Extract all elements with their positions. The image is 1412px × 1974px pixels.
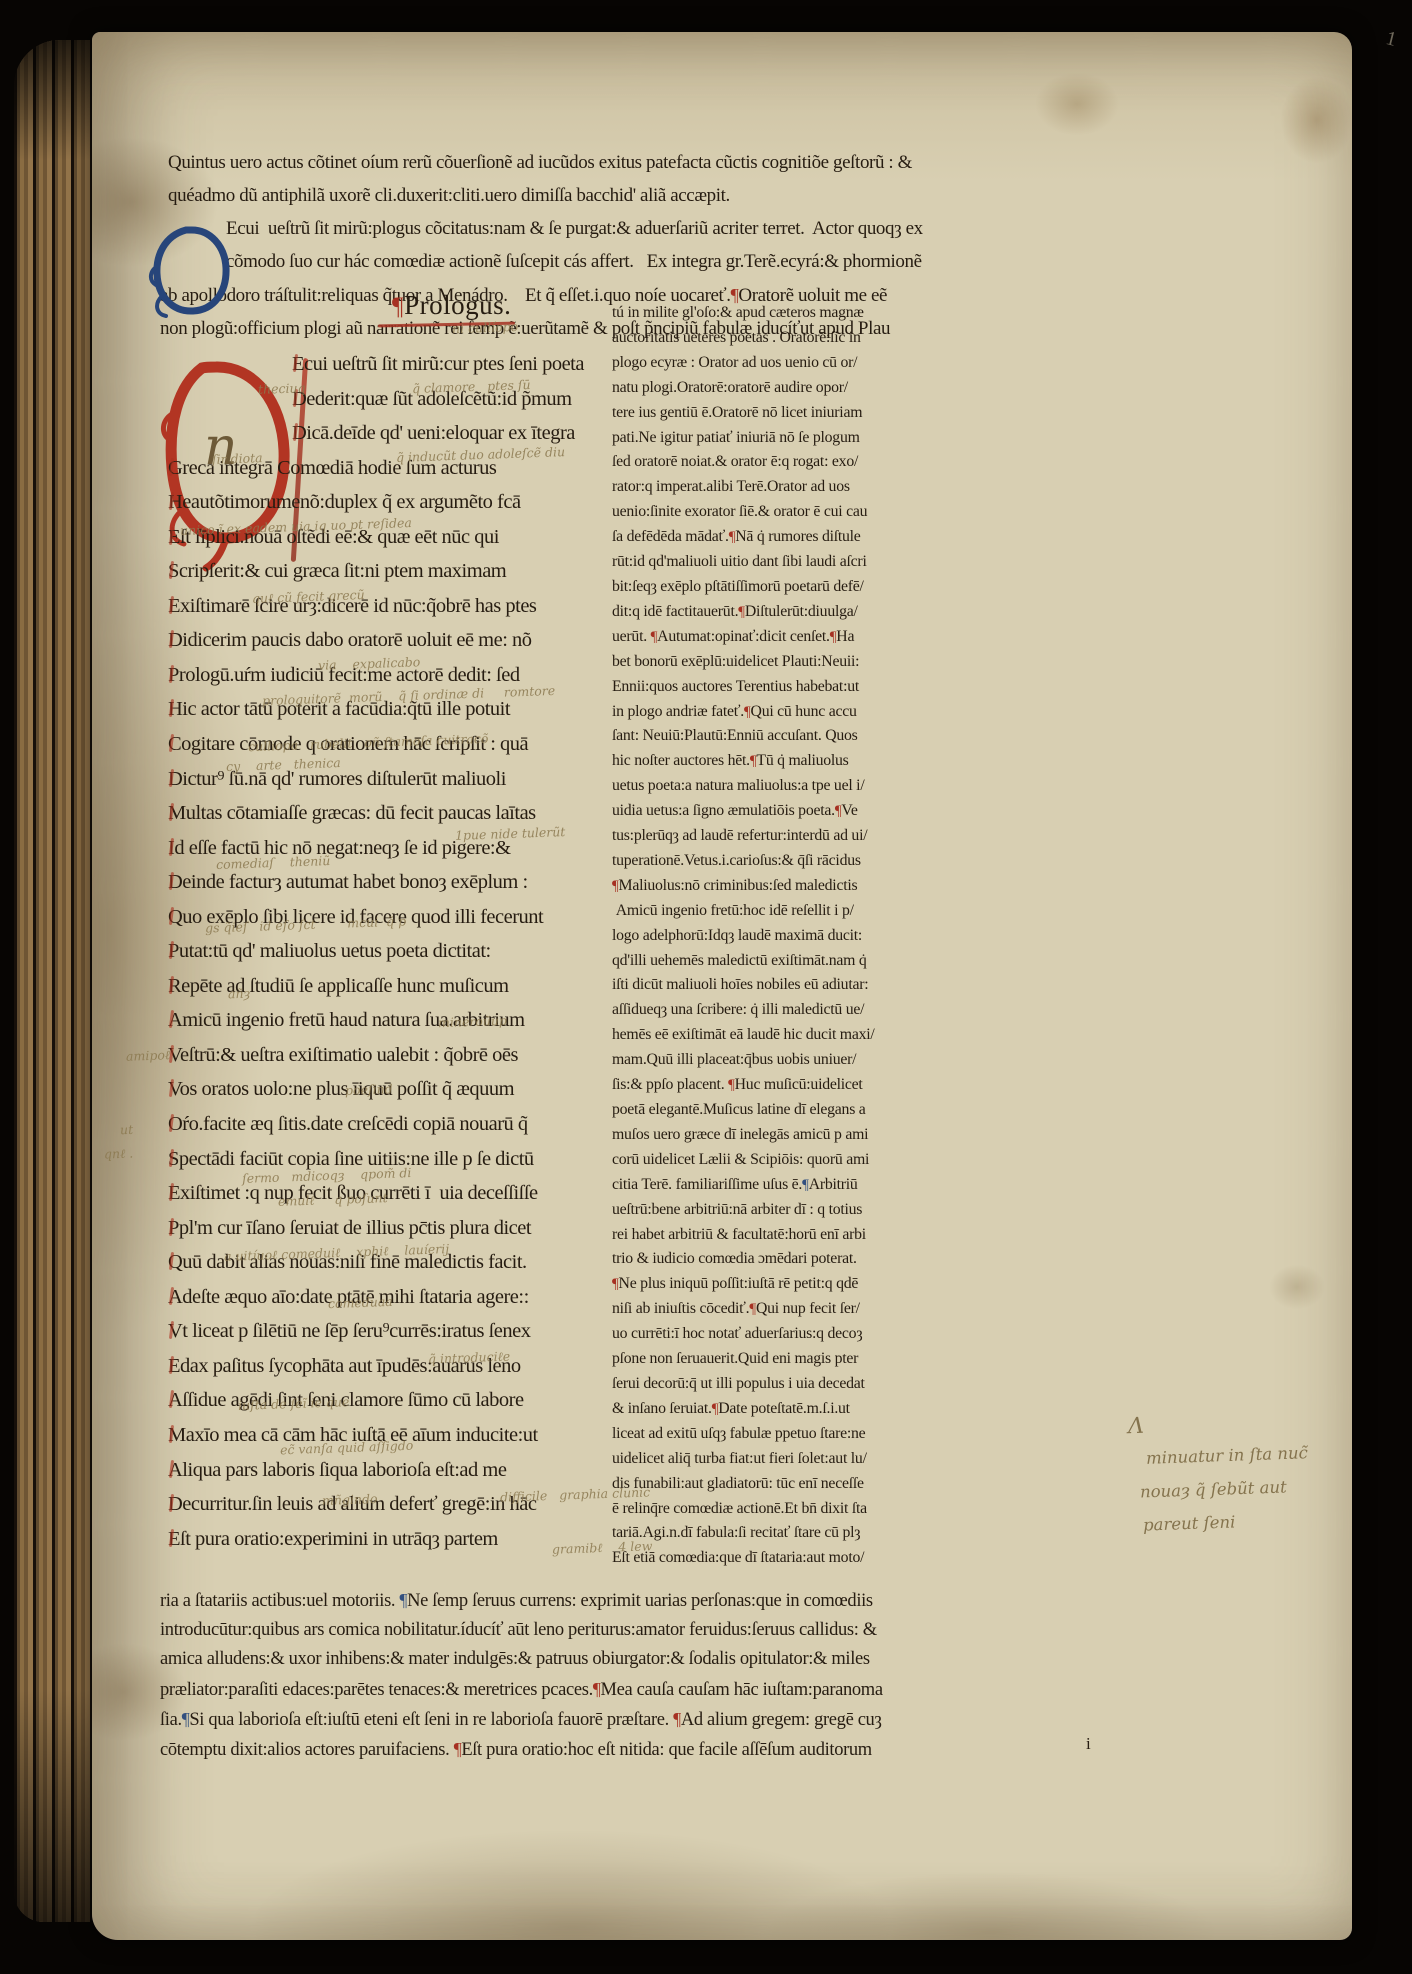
text-line: dis funabili:aut gladiatorū: tūc enī nec… <box>612 1472 946 1497</box>
bottom-commentary: ria a ſtatariis actibus:uel motoriis. ¶N… <box>160 1586 1112 1765</box>
folio-mark: 1 <box>1383 27 1398 52</box>
text-line: ſerui decorū:q̄ ut illi populus i uia de… <box>612 1372 946 1397</box>
text-line: qd'illi uehemēs maledictū exiſtimāt.nam … <box>612 949 946 974</box>
text-line: Ennii:quos auctores Terentius habebat:ut <box>612 675 946 700</box>
text-line: Putat:tū qd' maliuolus uetus poeta dicti… <box>168 934 620 969</box>
handwritten-gloss: mñgindo <box>322 1491 378 1508</box>
text-line: uenio:ſinite exorator ſiē.& orator ē cui… <box>612 500 946 525</box>
text-line: Amicū ingenio fretū:hoc idē reſellit i p… <box>612 899 946 924</box>
text-line: uo currēti:ī hoc notať aduerſarius:q dec… <box>612 1322 946 1347</box>
text-line: Ppl'm cur īſano ſeruiat de illius pc̄tis… <box>168 1211 620 1246</box>
text-line: ria a ſtatariis actibus:uel motoriis. ¶N… <box>160 1586 1112 1616</box>
text-line: tere ius gentiū ē.Oratorē nō licet iniur… <box>612 401 946 426</box>
text-line: rei habet arbitriū & facultatē:horū enī … <box>612 1223 946 1248</box>
text-line: Quintus uero actus cõtinet oíum rerũ cõu… <box>168 146 1112 179</box>
text-line: uidia uetus:a ſigno æmulatiōis poeta.¶Ve <box>612 799 946 824</box>
text-line: muſos uero græce dī inelegās amicū p ami <box>612 1123 946 1148</box>
printed-text-layer: 1 Quintus uero actus cõtinet oíum rerũ c… <box>0 0 1412 1974</box>
text-line: ¶Maliuolus:nō criminibus:ſed maledictis <box>612 874 946 899</box>
text-line: Veſtrū:& ueſtra exiſtimatio ualebit : q̃… <box>168 1038 620 1073</box>
text-line: Aliqua pars laboris ſiqua laborioſa eſt:… <box>168 1453 620 1488</box>
prologus-heading: ¶Prologus. <box>392 290 511 321</box>
text-line: dit:q idē factitauerūt.¶Diſtulerūt:diuul… <box>612 600 946 625</box>
text-line: tariā.Agi.n.dī fabula:ſi recitať ſtare c… <box>612 1521 946 1546</box>
quire-signature: i <box>1086 1734 1091 1754</box>
text-line: Amicū ingenio fretū haud natura ſua.arbi… <box>168 1003 620 1038</box>
text-line: hic noſter auctores hēt.¶Tū q̇ maliuolus <box>612 749 946 774</box>
handwritten-gloss: ſir diota <box>212 450 263 467</box>
text-line: citia Terē. familiariſſime uſus ē.¶Arbit… <box>612 1173 946 1198</box>
text-line: Didicerim paucis dabo oratorē uoluit eē … <box>168 623 620 658</box>
text-line: rūt:id qd'maliuoli uitio dant ſibi laudi… <box>612 550 946 575</box>
text-line: uidelicet aliq̄ turba fiat:ut fieri ſole… <box>612 1447 946 1472</box>
text-line: uerūt. ¶Autumat:opinať:dicit cenſet.¶Ha <box>612 625 946 650</box>
text-line: liceat ad exitū uſqȝ fabulæ ppetuo ſtare… <box>612 1422 946 1447</box>
handwritten-gloss: pareut ſeni <box>1143 1512 1236 1534</box>
text-line: Exiſtimarē ſcire urȝ:dicerē id nūc:q̃obr… <box>168 589 620 624</box>
text-line: uetus poeta:a natura maliuolus:a tpe uel… <box>612 774 946 799</box>
text-line: auctoritatis ueteres poetas . Oratorē:ſi… <box>612 326 946 351</box>
handwritten-gloss: q̃ introduciℓe <box>428 1349 511 1368</box>
text-line: mam.Quū illi placeat:q̄bus uobis uniuer/ <box>612 1048 946 1073</box>
text-line: bit:ſeqȝ exēplo pſtātiſſimorū poetarū de… <box>612 575 946 600</box>
text-line: cõmodo ſuo cur hác comœdiæ actionẽ ſuſce… <box>226 245 1112 278</box>
handwritten-gloss: theciuq <box>258 380 306 397</box>
handwritten-gloss: poeſind <box>345 1081 393 1098</box>
photograph-of-incunabulum-page: 1 Quintus uero actus cõtinet oíum rerũ c… <box>0 0 1412 1974</box>
handwritten-gloss: qnℓ . <box>104 1145 134 1162</box>
handwritten-gloss: ut <box>120 1122 134 1137</box>
text-line: Exiſtimet :q nup fecit ßuo currēti ī uia… <box>168 1176 620 1211</box>
text-line: trio & iudicio comœdia ɔmēdari poterat. <box>612 1247 946 1272</box>
text-line: Ecui ueſtrũ ſit mirũ:cur ptes ſeni poeta <box>292 347 620 382</box>
heading-text: Prologus. <box>404 290 511 321</box>
text-line: ſed oratorē noiat.& orator ē:q rogat: ex… <box>612 450 946 475</box>
text-line: in plogo andriæ fateť.¶Qui cū hunc accu <box>612 700 946 725</box>
text-line: plogo ecyræ : Orator ad uos uenio cū or/ <box>612 351 946 376</box>
handwritten-gloss: nouaȝ q̃ ſebũt aut <box>1140 1477 1287 1501</box>
text-line: poetā elegantē.Muſicus latine dī elegans… <box>612 1098 946 1123</box>
text-line: natu plogi.Oratorē:oratorē audire opor/ <box>612 376 946 401</box>
commentary-column: tú in milite gl'oſo:& apud cæteros magnæ… <box>612 301 946 1571</box>
text-line: Vos oratos uolo:ne plus īiquū poſſit q̃ … <box>168 1072 620 1107</box>
text-line: Aſſidue agēdi ſint ſeni clamore ſūmo cū … <box>168 1383 620 1418</box>
text-line: Ecui ueſtrũ ſit mirũ:plogus cõcitatus:na… <box>226 212 1112 245</box>
handwritten-gloss: minuatur in ſta nuc̃ <box>1146 1443 1308 1468</box>
text-line: ſia.¶Si qua laborioſa eſt:iuſtū eteni eſ… <box>160 1705 1112 1735</box>
text-line: amica alludens:& uxor inhibens:& mater i… <box>160 1645 1112 1674</box>
text-line: ſis:& ppſo placent. ¶Huc muſicū:uidelice… <box>612 1073 946 1098</box>
text-line: ſa defēdēda mādať.¶Nā q̇ rumores diſtule <box>612 525 946 550</box>
text-line: Oŕo.facite æq ſitis.date creſcēdi copiā … <box>168 1107 620 1142</box>
handwritten-gloss: Λ <box>1128 1414 1145 1440</box>
text-line: pſone non ſeruauerit.Quid eni magis pter <box>612 1347 946 1372</box>
text-line: Eſt etiā comœdia:que dī ſtataria:aut mot… <box>612 1546 946 1571</box>
text-line: Adeſte æquo aīo:date ptātē mihi ſtataria… <box>168 1280 620 1315</box>
text-line: Edax paſitus ſycophāta aut īpudēs:auarus… <box>168 1349 620 1384</box>
text-line: Scripſerit:& cui græca ſit:ni ptem maxim… <box>168 554 620 589</box>
text-line: ē relinq̄re comœdiæ actionē.Et bn̄ dixit… <box>612 1497 946 1522</box>
text-line: tú in milite gl'oſo:& apud cæteros magnæ <box>612 301 946 326</box>
heading-pilcrow-icon: ¶ <box>392 291 404 320</box>
text-line: cōtemptu dixit:alios actores paruifacien… <box>160 1735 1112 1765</box>
text-line: niſi ab iniuſtis cōcediť.¶Qui nup fecit … <box>612 1297 946 1322</box>
handwritten-gloss: comeduaa <box>328 1294 393 1311</box>
text-line: rator:q imperat.alibi Terē.Orator ad uos <box>612 475 946 500</box>
text-line: corū uidelicet Lælii & Scipiōis: quorū a… <box>612 1148 946 1173</box>
text-line: Vt liceat p ſilētiū ne ſēp ſeru⁹currēs:i… <box>168 1314 620 1349</box>
text-line: præliator:paraſiti edaces:parētes tenace… <box>160 1675 1112 1705</box>
text-line: ueſtrū:bene arbitriū:nā arbiter dī : q t… <box>612 1198 946 1223</box>
text-line: bet bonorū exēplū:uidelicet Plauti:Neuii… <box>612 650 946 675</box>
text-line: tus:plerūqȝ ad laudē refertur:interdū ad… <box>612 824 946 849</box>
text-line: Dicā.deīde qd' ueni:eloquar ex ītegra <box>292 416 620 451</box>
text-line: aſſidueqȝ una ſcribere: q̇ illi maledict… <box>612 998 946 1023</box>
text-line: ¶Ne plus iniquū poſſit:iuſtā rē petit:q … <box>612 1272 946 1297</box>
header-paragraph: Quintus uero actus cõtinet oíum rerũ cõu… <box>168 146 1112 213</box>
handwritten-gloss: amipoℓ <box>126 1047 171 1065</box>
text-line: & inſano ſeruiat.¶Date poteſtatē.m.ſ.i.u… <box>612 1397 946 1422</box>
text-line: quéadmo dũ antiphilã uxorẽ cli.duxerit:c… <box>168 179 1112 212</box>
text-line: logo adelphorū:Idqȝ laudē maximā ducit: <box>612 924 946 949</box>
text-line: ſant: Neuiū:Plautū:Enniū accuſant. Quos <box>612 724 946 749</box>
handwritten-gloss: añȝ <box>228 986 251 1002</box>
text-line: tuperationē.Vetus.i.carioſus:& q̄ſi rāci… <box>612 849 946 874</box>
text-line: introducūtur:quibus ars comica nobilitat… <box>160 1616 1112 1645</box>
handwritten-gloss: ni cullíopo <box>452 319 519 336</box>
handwritten-gloss: mineroũup <box>438 1013 507 1030</box>
text-line: pati.Ne igitur patiať iniuriā nō ſe plog… <box>612 426 946 451</box>
text-line: iſti dicūt maliuoli hoīes nobiles eū adi… <box>612 973 946 998</box>
text-line: hemēs eē exiſtimāt eā laudē hic ducit ma… <box>612 1023 946 1048</box>
blue-initial-letter <box>148 222 236 318</box>
